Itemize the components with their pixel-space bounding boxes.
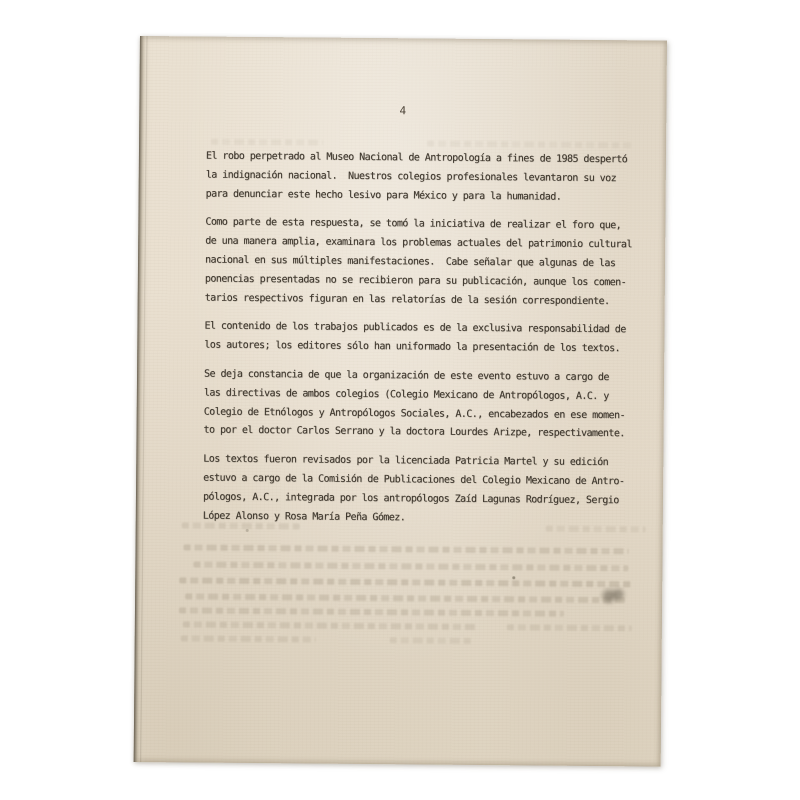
text-line: los autores; los editores sólo han unifo… xyxy=(204,337,630,360)
ink-bleed-line xyxy=(507,624,632,631)
ink-bleed-line xyxy=(546,526,646,533)
ink-speck xyxy=(246,529,249,532)
ink-bleed-line xyxy=(193,561,628,571)
page-number: 4 xyxy=(139,102,666,120)
text-line: para denunciar este hecho lesivo para Mé… xyxy=(206,185,632,208)
ink-bleed-line xyxy=(211,139,323,146)
page-binding-edge xyxy=(134,36,152,762)
ink-bleed-line xyxy=(185,593,625,603)
ink-bleed-line xyxy=(183,621,478,630)
ink-bleed-line xyxy=(390,637,475,644)
scanned-book-page: 4 El robo perpetrado al Museo Nacional d… xyxy=(134,36,667,767)
ink-smudge xyxy=(599,585,627,606)
page-text: El robo perpetrado al Museo Nacional de … xyxy=(203,148,632,540)
ink-bleed-line xyxy=(184,544,629,554)
ink-bleed-line xyxy=(181,635,316,642)
paragraph-4: Se deja constancia de que la organizació… xyxy=(203,366,630,445)
ink-bleed-line xyxy=(179,577,634,587)
ink-bleed-through-block xyxy=(140,36,667,41)
ink-speck xyxy=(512,576,515,579)
text-line: tarios respectivos figuran en las relato… xyxy=(205,289,631,312)
paragraph-5: Los textos fueron revisados por la licen… xyxy=(203,451,630,530)
paragraph-2: Como parte de esta respuesta, se tomó la… xyxy=(205,214,632,312)
ink-bleed-line xyxy=(182,522,300,529)
paragraph-1: El robo perpetrado al Museo Nacional de … xyxy=(206,148,632,208)
ink-bleed-line xyxy=(427,141,632,149)
paragraph-3: El contenido de los trabajos publicados … xyxy=(204,318,630,359)
text-line: to por el doctor Carlos Serrano y la doc… xyxy=(203,422,629,445)
ink-bleed-line xyxy=(179,607,564,616)
